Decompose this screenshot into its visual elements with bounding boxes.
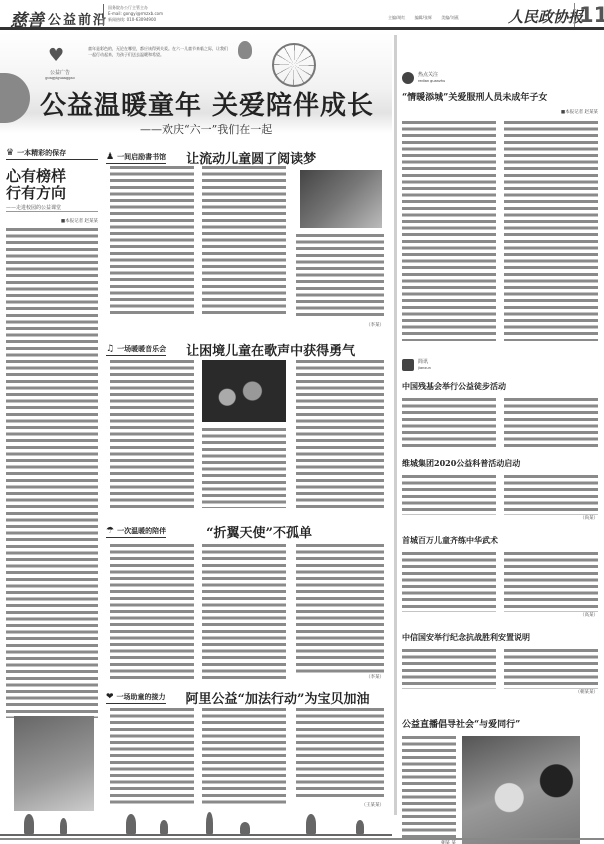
ad-label: 公益广告 — [40, 69, 80, 76]
tree-icon — [60, 818, 67, 834]
news-body — [402, 398, 598, 450]
banner-intro: 童年是彩色的，无论在哪里，都应该得到关爱。在六一儿童节来临之际，让我们一起行动起… — [88, 46, 228, 58]
tree-border-illustration — [0, 812, 392, 836]
news-headline: 维城集团2020公益科普活动启动 — [402, 458, 598, 469]
column-label: ♟一间启励書书馆 — [106, 152, 166, 164]
article-body — [110, 708, 194, 806]
section-name: 公益前沿 — [48, 9, 108, 28]
left-column-story: ♛一本精彩的保存 心有榜样 行有方向 ——走进校园的公益课堂 ■本报记者 赵某某 — [6, 148, 98, 718]
article-music: ♫一场暖暖音乐会 让困境儿童在歌声中获得勇气 — [106, 340, 390, 359]
feature-banner: ♥ 公益广告 gongyiguanggao 童年是彩色的，无论在哪里，都应该得到… — [0, 33, 392, 133]
editor-credits: 主编/胡红 编辑/张辉 美编/刘燕 — [388, 15, 459, 21]
article-reading: ♟一间启励書书馆 让流动儿童圆了阅读梦 （李某） — [106, 148, 390, 167]
article-body — [202, 708, 286, 806]
article-body — [296, 708, 384, 800]
livestream-photo — [462, 736, 580, 844]
column-label: ❤一场助童的接力 — [106, 692, 166, 704]
news-body — [402, 475, 598, 515]
column-label-text: 一次温暖的陪伴 — [117, 526, 166, 536]
column-divider — [394, 35, 397, 815]
heart-hands-icon: ❤ — [106, 692, 114, 702]
news-endnote: （高某） — [402, 612, 598, 618]
tree-icon — [306, 814, 316, 834]
article-body — [402, 121, 496, 341]
hot-air-balloon-icon — [238, 41, 252, 59]
news-headline: 中信国安举行纪念抗战胜利安置说明 — [402, 632, 598, 643]
story-body — [6, 228, 98, 718]
heart-icon: ♥ — [48, 45, 64, 66]
article-endnote: （李某） — [356, 674, 384, 680]
column-label: ☂一次温暖的陪伴 — [106, 526, 166, 538]
column-label-text: 一间启励書书馆 — [117, 152, 166, 162]
article-body — [504, 398, 598, 450]
article-header: ❤一场助童的接力 阿里公益“加法行动”为宝贝加油 — [106, 688, 390, 707]
page-number: 11 — [574, 3, 604, 27]
article-endnote: （李某） — [356, 322, 384, 328]
children-performance-photo — [202, 360, 286, 422]
article-header: ☂一次温暖的陪伴 “折翼天使”不孤单 — [106, 522, 390, 541]
column-label-text: 一场暖暖音乐会 — [117, 344, 166, 354]
bottom-rule — [0, 838, 604, 840]
article-body — [202, 544, 286, 680]
column-label-text: 一场助童的接力 — [117, 692, 166, 702]
meta-line: 新闻热线: 010-63094900 — [108, 17, 163, 23]
masthead-logo: 慈善 — [10, 6, 44, 31]
headline-line: 行有方向 — [6, 185, 98, 202]
newspaper-icon — [402, 359, 414, 371]
hands-icon: ☂ — [106, 526, 114, 536]
article-body — [402, 398, 496, 450]
article-headline: 阿里公益“加法行动”为宝贝加油 — [186, 688, 370, 707]
article-endnote: （王某某） — [346, 802, 384, 808]
article-body — [402, 552, 496, 612]
column-label: ♛一本精彩的保存 — [6, 148, 98, 160]
article-headline: “折翼天使”不孤单 — [206, 522, 312, 541]
article-body — [202, 166, 286, 316]
article-body — [110, 166, 194, 316]
child-reading-photo — [300, 170, 382, 228]
story-deck: ——走进校园的公益课堂 — [6, 204, 98, 212]
news-brief-kicker: 简讯 jianxun — [402, 359, 598, 371]
headline-line: 心有榜样 — [6, 168, 98, 185]
article-body — [296, 544, 384, 674]
header-meta: 国务院办公厅主管主办 E-mail: gongyi@rmzxb.com 新闻热线… — [108, 5, 163, 23]
kicker-text: 热点关注 redian guanzhu — [418, 72, 445, 84]
reader-icon: ♟ — [106, 152, 114, 162]
bottom-story: 朝某 某 — [402, 736, 598, 844]
news-endnote: （朝某某） — [402, 689, 598, 695]
article-body — [504, 121, 598, 341]
tree-icon — [240, 822, 250, 834]
right-column: 热点关注 redian guanzhu “情暖添城”关爱服刑人员未成年子女 ■本… — [402, 72, 598, 844]
article-body — [504, 475, 598, 515]
article-headline: 让困境儿童在歌声中获得勇气 — [186, 340, 355, 359]
bottom-headline: 公益直播倡导社会“与爱同行” — [402, 717, 598, 730]
kicker-subtitle: redian guanzhu — [418, 78, 445, 84]
story-byline: ■本报记者 赵某某 — [6, 218, 98, 224]
article-body — [402, 649, 496, 689]
column-label: ♫一场暖暖音乐会 — [106, 344, 166, 356]
tree-icon — [24, 814, 34, 834]
hot-topic-kicker: 热点关注 redian guanzhu — [402, 72, 598, 84]
spotlight-icon — [402, 72, 414, 84]
banner-subtitle: ——欢庆“六一”我们在一起 — [140, 121, 272, 137]
tree-icon — [356, 820, 364, 834]
lead-body — [402, 121, 598, 341]
article-body — [202, 428, 286, 508]
article-body — [504, 649, 598, 689]
bottom-story-text: 朝某 某 — [402, 736, 456, 844]
news-body — [402, 552, 598, 612]
bottom-byline: 朝某 某 — [402, 840, 456, 844]
article-body — [296, 234, 384, 316]
article-angels: ☂一次温暖的陪伴 “折翼天使”不孤单 （李某） — [106, 522, 390, 541]
story-headline: 心有榜样 行有方向 — [6, 168, 98, 202]
trophy-icon: ♛ — [6, 148, 14, 158]
article-body — [402, 475, 496, 515]
news-body — [402, 649, 598, 689]
child-illustration — [0, 73, 30, 123]
article-body — [110, 360, 194, 508]
music-note-icon: ♫ — [106, 344, 114, 354]
article-alibaba: ❤一场助童的接力 阿里公益“加法行动”为宝贝加油 （王某某） — [106, 688, 390, 707]
page-header: 慈善 公益前沿 国务院办公厅主管主办 E-mail: gongyi@rmzxb.… — [0, 0, 604, 30]
lead-byline: ■本报记者 赵某某 — [402, 109, 598, 115]
article-body — [110, 544, 194, 680]
ad-sublabel: gongyiguanggao — [40, 76, 80, 80]
article-header: ♟一间启励書书馆 让流动儿童圆了阅读梦 — [106, 148, 390, 167]
kicker-text: 简讯 jianxun — [418, 359, 431, 371]
newspaper-name: 人民政协报 — [508, 6, 583, 27]
news-headline: 中国残基会举行公益徒步活动 — [402, 381, 598, 392]
article-headline: 让流动儿童圆了阅读梦 — [186, 148, 316, 167]
tree-icon — [206, 812, 213, 834]
news-endnote: （尚某） — [402, 515, 598, 521]
header-divider — [103, 4, 104, 26]
tree-icon — [126, 814, 136, 834]
kicker-subtitle: jianxun — [418, 365, 431, 371]
news-headline: 首城百万儿童齐练中华武术 — [402, 535, 598, 546]
public-ad-label: 公益广告 gongyiguanggao — [40, 69, 80, 80]
column-label-text: 一本精彩的保存 — [17, 148, 66, 158]
banner-title: 公益温暖童年 关爱陪伴成长 — [40, 85, 374, 122]
child-drawing-photo — [14, 716, 94, 811]
article-header: ♫一场暖暖音乐会 让困境儿童在歌声中获得勇气 — [106, 340, 390, 359]
article-body — [504, 552, 598, 612]
article-body — [402, 736, 456, 840]
ferris-wheel-illustration — [272, 43, 316, 87]
article-body — [296, 360, 384, 508]
lead-headline: “情暖添城”关爱服刑人员未成年子女 — [402, 90, 598, 103]
tree-icon — [160, 820, 168, 834]
